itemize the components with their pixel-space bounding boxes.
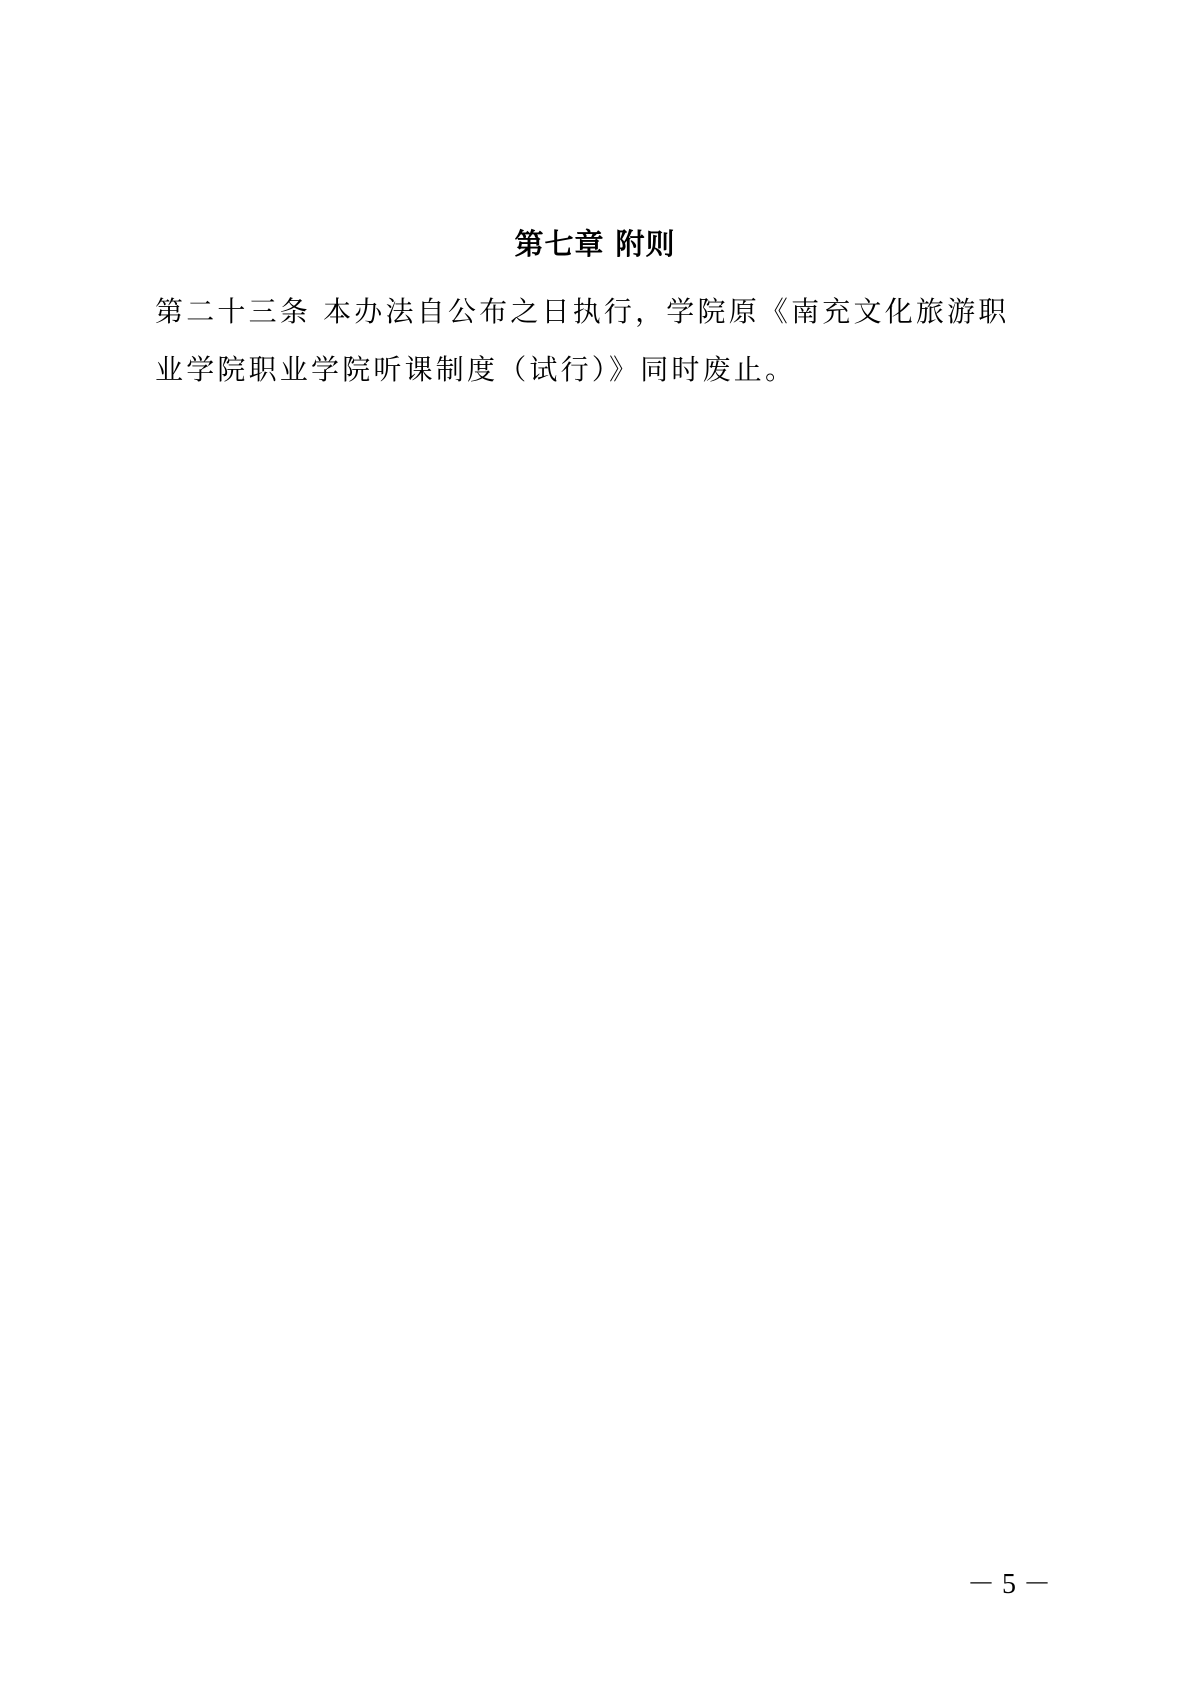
paragraph-line: 业学院职业学院听课制度（试行）》同时废止。 <box>155 341 1045 399</box>
chapter-title: 第七章 附则 <box>0 222 1190 263</box>
page-number: － 5 － <box>967 1562 1051 1602</box>
paragraph-line: 第二十三条 本办法自公布之日执行，学院原《南充文化旅游职 <box>155 283 1045 341</box>
article-paragraph: 第二十三条 本办法自公布之日执行，学院原《南充文化旅游职 业学院职业学院听课制度… <box>155 283 1045 399</box>
